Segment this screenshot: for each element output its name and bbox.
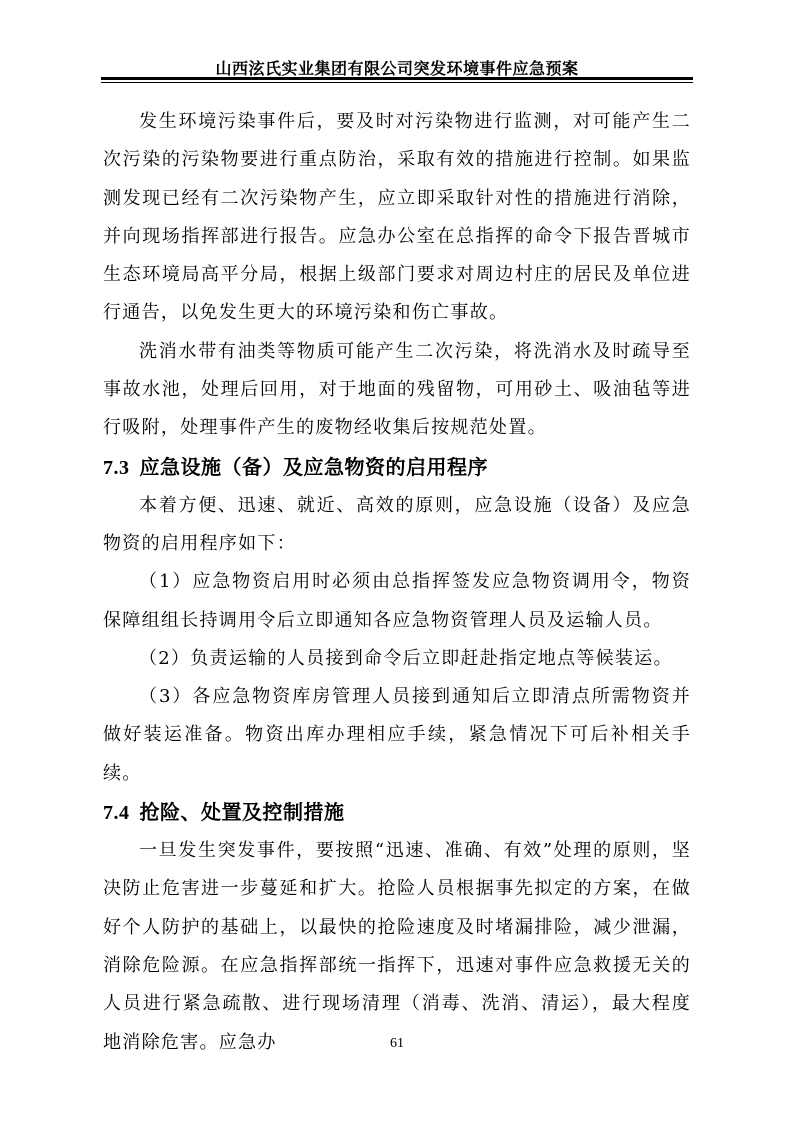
document-title: 山西泫氏实业集团有限公司突发环境事件应急预案 <box>0 56 794 79</box>
section-number: 7.4 <box>103 802 130 824</box>
paragraph-step-2: （2）负责运输的人员接到命令后立即赶赴指定地点等候装运。 <box>103 640 691 678</box>
section-heading-7-4: 7.4抢险、处置及控制措施 <box>103 793 691 832</box>
section-number: 7.3 <box>103 457 130 479</box>
paragraph-activation-principles: 本着方便、迅速、就近、高效的原则，应急设施（设备）及应急物资的启用程序如下： <box>103 487 691 564</box>
paragraph-monitoring: 发生环境污染事件后，要及时对污染物进行监测，对可能产生二次污染的污染物要进行重点… <box>103 103 691 333</box>
document-body: 发生环境污染事件后，要及时对污染物进行监测，对可能产生二次污染的污染物要进行重点… <box>103 103 691 1062</box>
section-heading-7-3: 7.3应急设施（备）及应急物资的启用程序 <box>103 448 691 487</box>
paragraph-step-1: （1）应急物资启用时必须由总指挥签发应急物资调用令，物资保障组组长持调用令后立即… <box>103 563 691 640</box>
page-number: 61 <box>0 1036 794 1052</box>
paragraph-emergency-response: 一旦发生突发事件，要按照“迅速、准确、有效”处理的原则，坚决防止危害进一步蔓延和… <box>103 832 691 1062</box>
header-rule-thick <box>101 77 693 80</box>
paragraph-step-3: （3）各应急物资库房管理人员接到通知后立即清点所需物资并做好装运准备。物资出库办… <box>103 678 691 793</box>
paragraph-decontamination-water: 洗消水带有油类等物质可能产生二次污染，将洗消水及时疏导至事故水池，处理后回用，对… <box>103 333 691 448</box>
section-title: 抢险、处置及控制措施 <box>140 800 345 824</box>
section-title: 应急设施（备）及应急物资的启用程序 <box>140 455 489 479</box>
header-rule-thin <box>101 82 693 83</box>
